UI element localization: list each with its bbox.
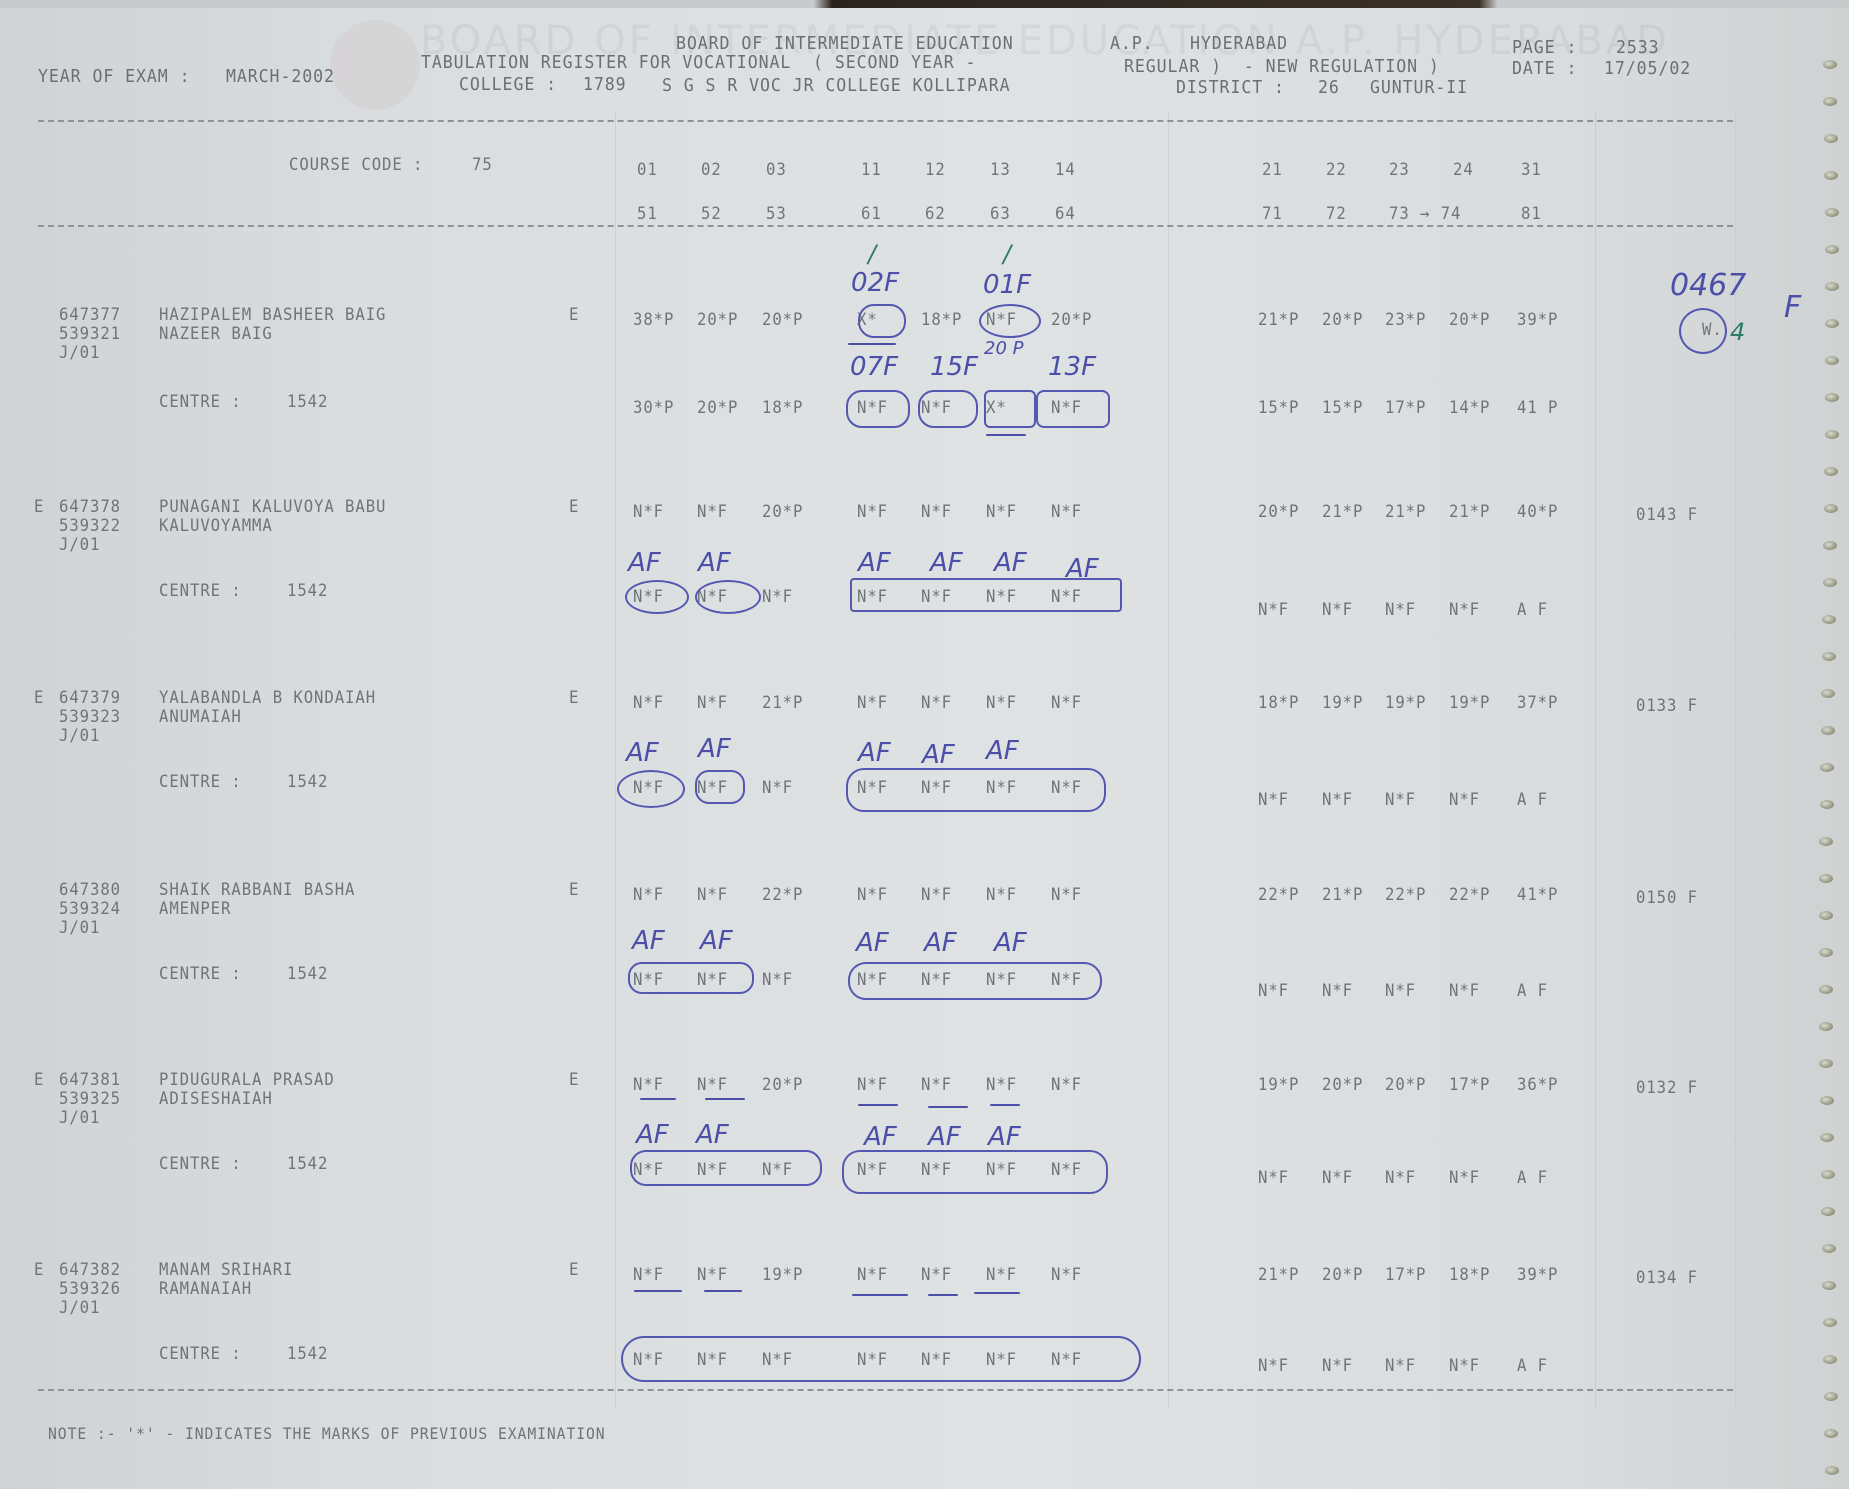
section-code: J/01 [59, 535, 100, 555]
course-code-label: COURSE CODE : [289, 155, 423, 175]
student-name: MANAM SRIHARI [159, 1260, 293, 1280]
register-mode: REGULAR ) - NEW REGULATION ) [1124, 56, 1440, 77]
district-code: 26 [1318, 77, 1340, 98]
mark-cell: N*F [986, 693, 1017, 713]
annotation-text: 20 P [984, 338, 1023, 359]
college-label: COLLEGE : [459, 74, 557, 95]
district-label: DISTRICT : [1176, 77, 1285, 98]
mark-cell: 41 P [1517, 398, 1558, 418]
mark-cell: 18*P [762, 398, 803, 418]
underline-mark [928, 1106, 968, 1108]
mark-cell: N*F [1258, 1168, 1289, 1188]
annotation-text: AF [994, 928, 1027, 958]
mark-cell: N*F [857, 693, 888, 713]
form-rule [615, 110, 616, 1410]
centre-label: CENTRE : [159, 772, 242, 792]
mark-cell: N*F [921, 1265, 952, 1285]
mark-cell: 30*P [633, 398, 674, 418]
board-name: BOARD OF INTERMEDIATE EDUCATION [676, 33, 1014, 54]
mark-cell: 19*P [762, 1265, 803, 1285]
mark-cell: 22*P [1385, 885, 1426, 905]
mark-cell: 21*P [1322, 502, 1363, 522]
footer-note: NOTE :- '*' - INDICATES THE MARKS OF PRE… [48, 1424, 606, 1443]
date-value: 17/05/02 [1604, 58, 1691, 79]
subject-code: 71 [1262, 204, 1283, 224]
mark-cell: N*F [633, 1265, 664, 1285]
feed-hole [1824, 1392, 1838, 1401]
hall-ticket-number: 647380 [59, 880, 121, 900]
date-label: DATE : [1512, 58, 1577, 79]
mark-cell: 20*P [1449, 310, 1490, 330]
mark-cell: N*F [1051, 1265, 1082, 1285]
underline-mark [928, 1294, 958, 1296]
annotation-text: 15F [930, 352, 978, 382]
registration-number: 539324 [59, 899, 121, 919]
mark-cell: 18*P [1258, 693, 1299, 713]
mark-cell: N*F [762, 970, 793, 990]
mark-cell: N*F [1051, 693, 1082, 713]
feed-hole [1824, 504, 1838, 513]
total-marks: 0132 F [1636, 1078, 1698, 1098]
mark-cell: 20*P [697, 310, 738, 330]
feed-hole [1825, 245, 1839, 254]
feed-hole [1822, 652, 1836, 661]
subject-code: 64 [1055, 204, 1076, 224]
mark-cell: N*F [1258, 1356, 1289, 1376]
mark-cell: N*F [1258, 600, 1289, 620]
mark-cell: N*F [1258, 981, 1289, 1001]
annotation-text: AF [696, 1120, 729, 1150]
total-marks: 0143 F [1636, 505, 1698, 525]
mark-cell: N*F [921, 1075, 952, 1095]
mark-cell: N*F [762, 587, 793, 607]
feed-hole [1823, 1355, 1837, 1364]
hall-ticket-number: 647377 [59, 305, 121, 325]
mark-cell: 15*P [1322, 398, 1363, 418]
feed-hole [1824, 467, 1838, 476]
subject-code: 62 [925, 204, 946, 224]
mark-cell: N*F [697, 1265, 728, 1285]
mark-cell: N*F [986, 1265, 1017, 1285]
mark-cell: N*F [633, 693, 664, 713]
feed-hole [1822, 615, 1836, 624]
feed-hole [1825, 319, 1839, 328]
mark-cell: 22*P [762, 885, 803, 905]
feed-hole [1820, 1133, 1834, 1142]
mark-cell: N*F [1322, 600, 1353, 620]
feed-hole [1823, 541, 1837, 550]
section-code: J/01 [59, 726, 100, 746]
subject-code: 52 [701, 204, 722, 224]
father-name: ANUMAIAH [159, 707, 242, 727]
mark-cell: 20*P [1322, 310, 1363, 330]
feed-hole [1821, 689, 1835, 698]
tick-mark: / [868, 240, 876, 268]
annotation-text: 01F [983, 270, 1031, 300]
centre-code: 1542 [287, 581, 328, 601]
underline-mark [852, 1294, 908, 1296]
registration-number: 539321 [59, 324, 121, 344]
boxed-mark [918, 390, 978, 428]
subject-code: 11 [861, 160, 882, 180]
tick-mark: 4 [1730, 318, 1745, 346]
record-flag: E [34, 1260, 44, 1280]
mark-cell: N*F [986, 885, 1017, 905]
feed-hole [1821, 1170, 1835, 1179]
subject-code: 51 [637, 204, 658, 224]
subject-code: 53 [766, 204, 787, 224]
subject-code: 24 [1453, 160, 1474, 180]
subject-code: 01 [637, 160, 658, 180]
feed-hole [1823, 578, 1837, 587]
mark-cell: 14*P [1449, 398, 1490, 418]
board-city: HYDERABAD [1190, 33, 1288, 54]
section-code: J/01 [59, 1108, 100, 1128]
mark-cell: 21*P [1258, 1265, 1299, 1285]
section-code: J/01 [59, 918, 100, 938]
annotation-text: AF [928, 1122, 961, 1152]
feed-hole [1821, 726, 1835, 735]
mark-cell: 20*P [1385, 1075, 1426, 1095]
circled-mark [630, 1150, 822, 1186]
mark-cell: 20*P [697, 398, 738, 418]
college-name: S G S R VOC JR COLLEGE KOLLIPARA [662, 75, 1010, 96]
mark-cell: 17*P [1385, 398, 1426, 418]
mark-cell: 15*P [1258, 398, 1299, 418]
mark-cell: 21*P [1449, 502, 1490, 522]
mark-cell: N*F [1385, 600, 1416, 620]
mark-cell: N*F [857, 1265, 888, 1285]
subject-code: 31 [1521, 160, 1542, 180]
mark-cell: N*F [857, 1075, 888, 1095]
district-name: GUNTUR-II [1370, 77, 1468, 98]
feed-hole [1819, 1059, 1833, 1068]
feed-hole [1824, 134, 1838, 143]
page-number: 2533 [1616, 37, 1660, 58]
boxed-mark [984, 390, 1036, 428]
register-title: TABULATION REGISTER FOR VOCATIONAL ( SEC… [421, 52, 976, 73]
feed-hole [1822, 1244, 1836, 1253]
mark-cell: N*F [1258, 790, 1289, 810]
father-name: AMENPER [159, 899, 231, 919]
mark-cell: N*F [1385, 1356, 1416, 1376]
mark-cell: 21*P [762, 693, 803, 713]
registration-number: 539322 [59, 516, 121, 536]
father-name: RAMANAIAH [159, 1279, 252, 1299]
centre-label: CENTRE : [159, 1344, 242, 1364]
mark-cell: N*F [1449, 1168, 1480, 1188]
record-flag: E [34, 1070, 44, 1090]
annotation-text: AF [698, 734, 731, 764]
section-code: J/01 [59, 343, 100, 363]
boxed-mark [842, 1150, 1108, 1194]
mark-cell: A F [1517, 981, 1548, 1001]
course-code-value: 75 [472, 155, 493, 175]
subject-code: 13 [990, 160, 1011, 180]
mark-cell: N*F [633, 1075, 664, 1095]
annotation-text: AF [700, 926, 733, 956]
subject-code: 81 [1521, 204, 1542, 224]
annotation-text: AF [864, 1122, 897, 1152]
medium-code: E [569, 305, 579, 325]
centre-label: CENTRE : [159, 1154, 242, 1174]
header-divider [38, 120, 1733, 122]
hall-ticket-number: 647379 [59, 688, 121, 708]
circled-mark [628, 962, 754, 994]
feed-hole [1820, 763, 1834, 772]
student-name: PIDUGURALA PRASAD [159, 1070, 335, 1090]
mark-cell: 20*P [1322, 1265, 1363, 1285]
mark-cell: 19*P [1258, 1075, 1299, 1095]
watermark-seal [330, 20, 420, 110]
section-code: J/01 [59, 1298, 100, 1318]
mark-cell: N*F [986, 502, 1017, 522]
student-name: HAZIPALEM BASHEER BAIG [159, 305, 386, 325]
board-state: A.P. [1110, 33, 1154, 54]
feed-hole [1821, 1207, 1835, 1216]
year-label: YEAR OF EXAM : [38, 66, 190, 87]
centre-code: 1542 [287, 392, 328, 412]
mark-cell: 18*P [921, 310, 962, 330]
circled-mark [858, 304, 906, 338]
mark-cell: N*F [697, 693, 728, 713]
centre-label: CENTRE : [159, 392, 242, 412]
feed-hole [1824, 171, 1838, 180]
mark-cell: 21*P [1322, 885, 1363, 905]
annotation-text: AF [698, 548, 731, 578]
year-value: MARCH-2002 [226, 66, 335, 87]
mark-cell: 21*P [1385, 502, 1426, 522]
annotation-result: F [1784, 290, 1801, 325]
annotation-text: AF [986, 736, 1019, 766]
boxed-mark [848, 962, 1102, 1000]
medium-code: E [569, 688, 579, 708]
underline-mark [974, 1292, 1020, 1294]
underline-mark [634, 1290, 682, 1292]
mark-cell: N*F [1051, 502, 1082, 522]
form-rule [1735, 110, 1736, 1410]
feed-hole [1820, 1096, 1834, 1105]
underline-mark [990, 1104, 1020, 1106]
boxed-mark [850, 578, 1122, 612]
feed-hole [1819, 985, 1833, 994]
annotation-text: AF [924, 928, 957, 958]
annotation-text: 02F [851, 268, 899, 298]
feed-hole [1824, 1429, 1838, 1438]
mark-cell: N*F [633, 885, 664, 905]
annotation-text: AF [856, 928, 889, 958]
hall-ticket-number: 647382 [59, 1260, 121, 1280]
mark-cell: A F [1517, 600, 1548, 620]
mark-cell: 40*P [1517, 502, 1558, 522]
mark-cell: N*F [857, 885, 888, 905]
centre-label: CENTRE : [159, 581, 242, 601]
mark-cell: N*F [1449, 981, 1480, 1001]
registration-number: 539325 [59, 1089, 121, 1109]
centre-code: 1542 [287, 1344, 328, 1364]
annotation-text: AF [922, 740, 955, 770]
centre-code: 1542 [287, 1154, 328, 1174]
mark-cell: 20*P [762, 310, 803, 330]
circled-mark [625, 580, 689, 614]
circled-total [1679, 308, 1727, 354]
mark-cell: A F [1517, 1356, 1548, 1376]
total-marks: 0133 F [1636, 696, 1698, 716]
mark-cell: N*F [1385, 1168, 1416, 1188]
mark-cell: N*F [1385, 790, 1416, 810]
form-rule [1168, 110, 1169, 1410]
underline-mark [986, 434, 1026, 436]
circled-mark [979, 304, 1041, 338]
mark-cell: 19*P [1322, 693, 1363, 713]
medium-code: E [569, 1070, 579, 1090]
annotation-text: AF [994, 548, 1027, 578]
annotation-text: AF [636, 1120, 669, 1150]
annotation-text: AF [988, 1122, 1021, 1152]
annotation-text: AF [626, 738, 659, 768]
mark-cell: N*F [697, 502, 728, 522]
mark-cell: 17*P [1449, 1075, 1490, 1095]
boxed-mark [846, 768, 1106, 812]
student-name: SHAIK RABBANI BASHA [159, 880, 355, 900]
college-code: 1789 [583, 74, 627, 95]
father-name: NAZEER BAIG [159, 324, 273, 344]
annotation-text: AF [858, 548, 891, 578]
feed-hole [1825, 1466, 1839, 1475]
mark-cell: N*F [1322, 1356, 1353, 1376]
feed-hole [1823, 97, 1837, 106]
mark-cell: N*F [697, 1075, 728, 1095]
mark-cell: N*F [1449, 1356, 1480, 1376]
feed-hole [1823, 1318, 1837, 1327]
feed-hole [1825, 393, 1839, 402]
underline-mark [848, 343, 896, 345]
circled-mark [617, 770, 685, 808]
mark-cell: N*F [697, 885, 728, 905]
subject-code: 02 [701, 160, 722, 180]
tick-mark: / [1003, 240, 1011, 268]
mark-cell: A F [1517, 1168, 1548, 1188]
total-marks: 0134 F [1636, 1268, 1698, 1288]
mark-cell: 19*P [1385, 693, 1426, 713]
underline-mark [640, 1098, 676, 1100]
centre-code: 1542 [287, 964, 328, 984]
mark-cell: 20*P [762, 1075, 803, 1095]
annotation-text: AF [632, 926, 665, 956]
page-label: PAGE : [1512, 37, 1577, 58]
student-name: PUNAGANI KALUVOYA BABU [159, 497, 386, 517]
centre-code: 1542 [287, 772, 328, 792]
feed-hole [1819, 948, 1833, 957]
mark-cell: N*F [1322, 1168, 1353, 1188]
underline-mark [704, 1290, 742, 1292]
subject-code: 21 [1262, 160, 1283, 180]
feed-hole [1819, 874, 1833, 883]
mark-cell: N*F [1051, 1075, 1082, 1095]
feed-hole [1822, 1281, 1836, 1290]
mark-cell: 23*P [1385, 310, 1426, 330]
annotation-text: AF [858, 738, 891, 768]
feed-hole [1825, 356, 1839, 365]
mark-cell: 22*P [1258, 885, 1299, 905]
feed-hole [1820, 800, 1834, 809]
mark-cell: N*F [1322, 981, 1353, 1001]
mark-cell: 22*P [1449, 885, 1490, 905]
mark-cell: 20*P [1258, 502, 1299, 522]
feed-hole [1825, 430, 1839, 439]
subject-code: 03 [766, 160, 787, 180]
mark-cell: 20*P [1322, 1075, 1363, 1095]
medium-code: E [569, 497, 579, 517]
mark-cell: N*F [857, 502, 888, 522]
student-name: YALABANDLA B KONDAIAH [159, 688, 376, 708]
mark-cell: 39*P [1517, 1265, 1558, 1285]
mark-cell: 39*P [1517, 310, 1558, 330]
registration-number: 539323 [59, 707, 121, 727]
total-marks: 0150 F [1636, 888, 1698, 908]
mark-cell: N*F [1385, 981, 1416, 1001]
annotation-text: AF [930, 548, 963, 578]
mark-cell: N*F [921, 502, 952, 522]
subject-code: 12 [925, 160, 946, 180]
underline-mark [858, 1104, 898, 1106]
mark-cell: N*F [1449, 600, 1480, 620]
mark-cell: 20*P [762, 502, 803, 522]
hall-ticket-number: 647378 [59, 497, 121, 517]
subject-code: 63 [990, 204, 1011, 224]
circled-mark [621, 1336, 1141, 1382]
paper-top-edge [0, 0, 1849, 8]
mark-cell: N*F [1322, 790, 1353, 810]
feed-hole [1819, 1022, 1833, 1031]
subject-code: 61 [861, 204, 882, 224]
mark-cell: 41*P [1517, 885, 1558, 905]
underline-mark [705, 1098, 745, 1100]
subject-code: 73 → 74 [1389, 204, 1461, 224]
form-rule [1595, 110, 1596, 1410]
record-flag: E [34, 497, 44, 517]
mark-cell: 19*P [1449, 693, 1490, 713]
mark-cell: 21*P [1258, 310, 1299, 330]
course-divider [38, 225, 1733, 227]
feed-hole [1819, 911, 1833, 920]
mark-cell: N*F [921, 693, 952, 713]
mark-cell: N*F [921, 885, 952, 905]
medium-code: E [569, 880, 579, 900]
mark-cell: N*F [1449, 790, 1480, 810]
mark-cell: 17*P [1385, 1265, 1426, 1285]
mark-cell: 37*P [1517, 693, 1558, 713]
annotation-total: 0467 [1670, 268, 1746, 303]
mark-cell: N*F [633, 502, 664, 522]
medium-code: E [569, 1260, 579, 1280]
feed-hole [1825, 282, 1839, 291]
mark-cell: 18*P [1449, 1265, 1490, 1285]
record-flag: E [34, 688, 44, 708]
subject-code: 22 [1326, 160, 1347, 180]
subject-code: 14 [1055, 160, 1076, 180]
circled-mark [695, 770, 745, 804]
father-name: ADISESHAIAH [159, 1089, 273, 1109]
centre-label: CENTRE : [159, 964, 242, 984]
hall-ticket-number: 647381 [59, 1070, 121, 1090]
mark-cell: N*F [1051, 885, 1082, 905]
mark-cell: 38*P [633, 310, 674, 330]
boxed-mark [846, 390, 910, 428]
feed-hole [1825, 208, 1839, 217]
feed-hole [1823, 60, 1837, 69]
annotation-text: 07F [850, 352, 898, 382]
